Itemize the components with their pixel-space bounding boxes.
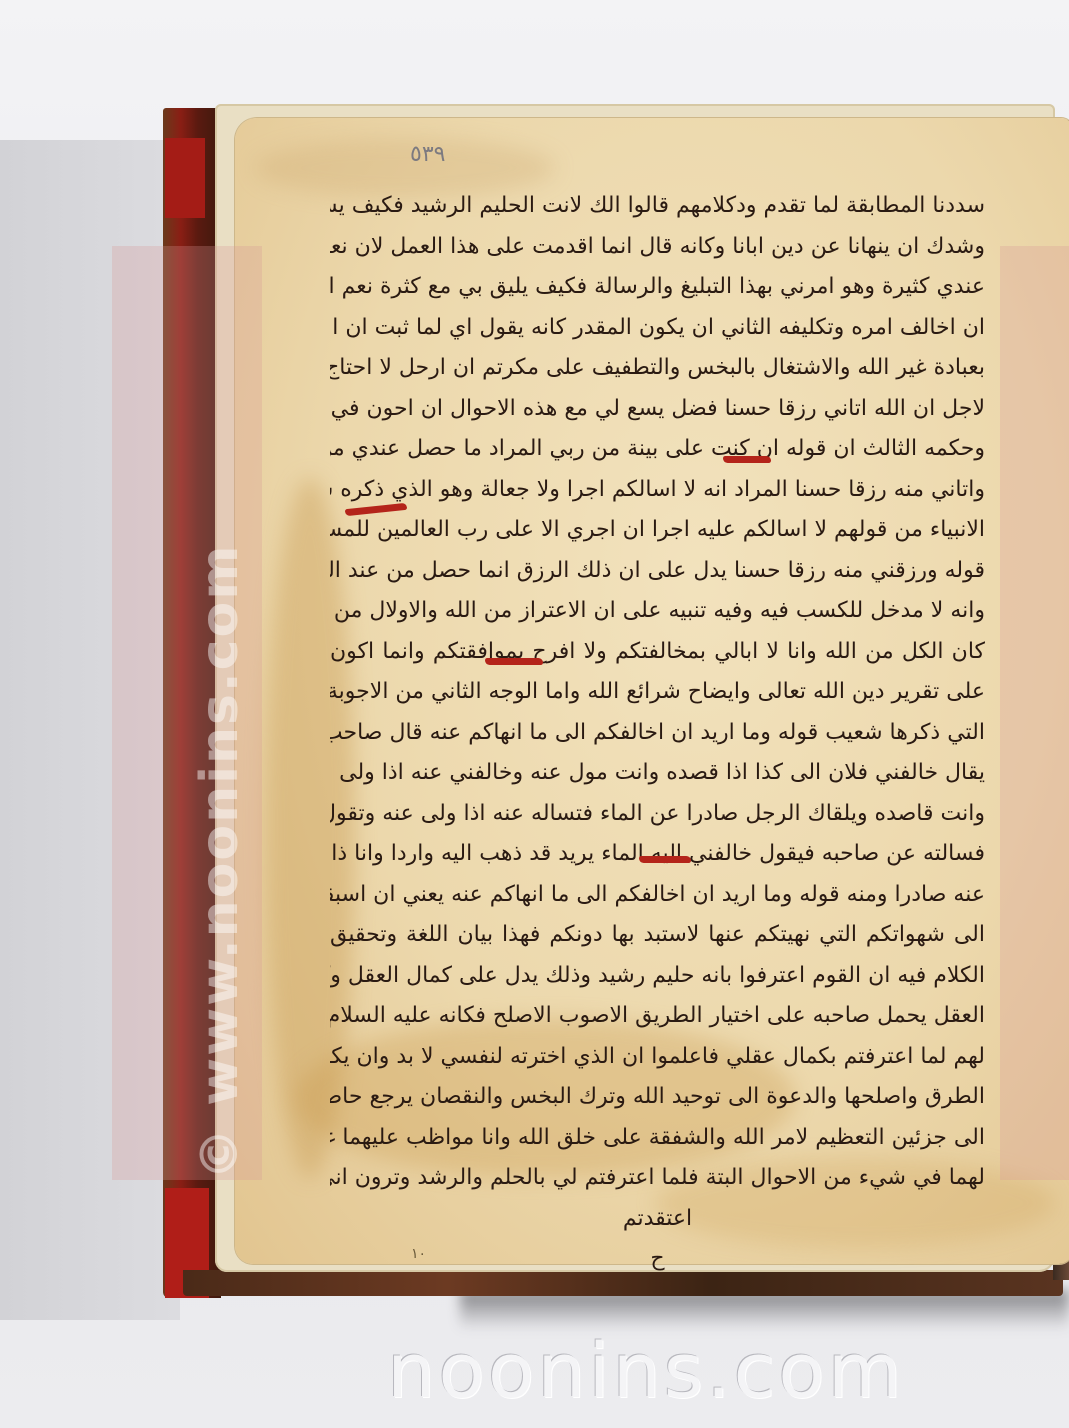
text-line: لهما في شيء من الاحوال البتة فلما اعترفت… xyxy=(330,1158,985,1199)
text-line: على تقرير دين الله تعالى وايضاح شرائع ال… xyxy=(330,672,985,713)
text-line: الى شهواتكم التي نهيتكم عنها لاستبد بها … xyxy=(330,915,985,956)
rubrication-mark xyxy=(723,456,771,463)
watermark-bottom: noonins.com xyxy=(336,1326,956,1415)
text-line: واتاني منه رزقا حسنا المراد انه لا اسالك… xyxy=(330,470,985,511)
text-line: عنه صادرا ومنه قوله وما اريد ان اخالفكم … xyxy=(330,875,985,916)
text-line-closing: ح xyxy=(330,1239,985,1280)
text-line: الانبياء من قولهم لا اسالكم عليه اجرا ان… xyxy=(330,510,985,551)
text-line: لاجل ان الله اتاني رزقا حسنا فضل يسع لي … xyxy=(330,389,985,430)
text-line: سددنا المطابقة لما تقدم ودكلامهم قالوا ا… xyxy=(330,186,985,227)
watermark-panel-right xyxy=(1000,246,1069,1180)
watermark-vertical-left: © www.noonins.com xyxy=(190,544,250,1180)
manuscript-book: ٥٣٩ سددنا المطابقة لما تقدم ودكلامهم قال… xyxy=(163,104,1069,1304)
text-line-closing: اعتقدتم xyxy=(330,1199,985,1240)
manuscript-page: ٥٣٩ سددنا المطابقة لما تقدم ودكلامهم قال… xyxy=(235,118,1069,1264)
text-line: الى جزئين التعظيم لامر الله والشفقة على … xyxy=(330,1118,985,1159)
text-line: وحكمه الثالث ان قوله ان كنت على بينة من … xyxy=(330,429,985,470)
text-line: قوله ورزقني منه رزقا حسنا يدل على ان ذلك… xyxy=(330,551,985,592)
text-line: بعبادة غير الله والاشتغال بالبخس والتطفي… xyxy=(330,348,985,389)
text-line: عندي كثيرة وهو امرني بهذا التبليغ والرسا… xyxy=(330,267,985,308)
text-line: التي ذكرها شعيب قوله وما اريد ان اخالفكم… xyxy=(330,713,985,754)
rubrication-mark xyxy=(639,856,691,863)
text-line: يقال خالفني فلان الى كذا اذا قصده وانت م… xyxy=(330,753,985,794)
text-line: كان الكل من الله وانا لا ابالي بمخالفتكم… xyxy=(330,632,985,673)
binding-red-leather-top xyxy=(165,138,205,218)
text-line: الكلام فيه ان القوم اعترفوا بانه حليم رش… xyxy=(330,956,985,997)
bottom-numeral: ١٠ xyxy=(411,1246,426,1262)
text-line: فسالته عن صاحبه فيقول خالفني اليه الماء … xyxy=(330,834,985,875)
text-line: العقل يحمل صاحبه على اختيار الطريق الاصو… xyxy=(330,996,985,1037)
text-line: وشدك ان ينهانا عن دين ابانا وكانه قال ان… xyxy=(330,227,985,268)
text-line: وانه لا مدخل للكسب فيه وفيه تنبيه على ان… xyxy=(330,591,985,632)
folio-number: ٥٣٩ xyxy=(410,142,445,167)
text-line: وانت قاصده ويلقاك الرجل صادرا عن الماء ف… xyxy=(330,794,985,835)
text-line: الطرق واصلحها والدعوة الى توحيد الله وتر… xyxy=(330,1077,985,1118)
rubrication-mark xyxy=(485,658,543,665)
text-line: لهم لما اعترفتم بكمال عقلي فاعلموا ان ال… xyxy=(330,1037,985,1078)
manuscript-text: سددنا المطابقة لما تقدم ودكلامهم قالوا ا… xyxy=(330,186,985,1280)
text-line: ان اخالف امره وتكليفه الثاني ان يكون الم… xyxy=(330,308,985,349)
